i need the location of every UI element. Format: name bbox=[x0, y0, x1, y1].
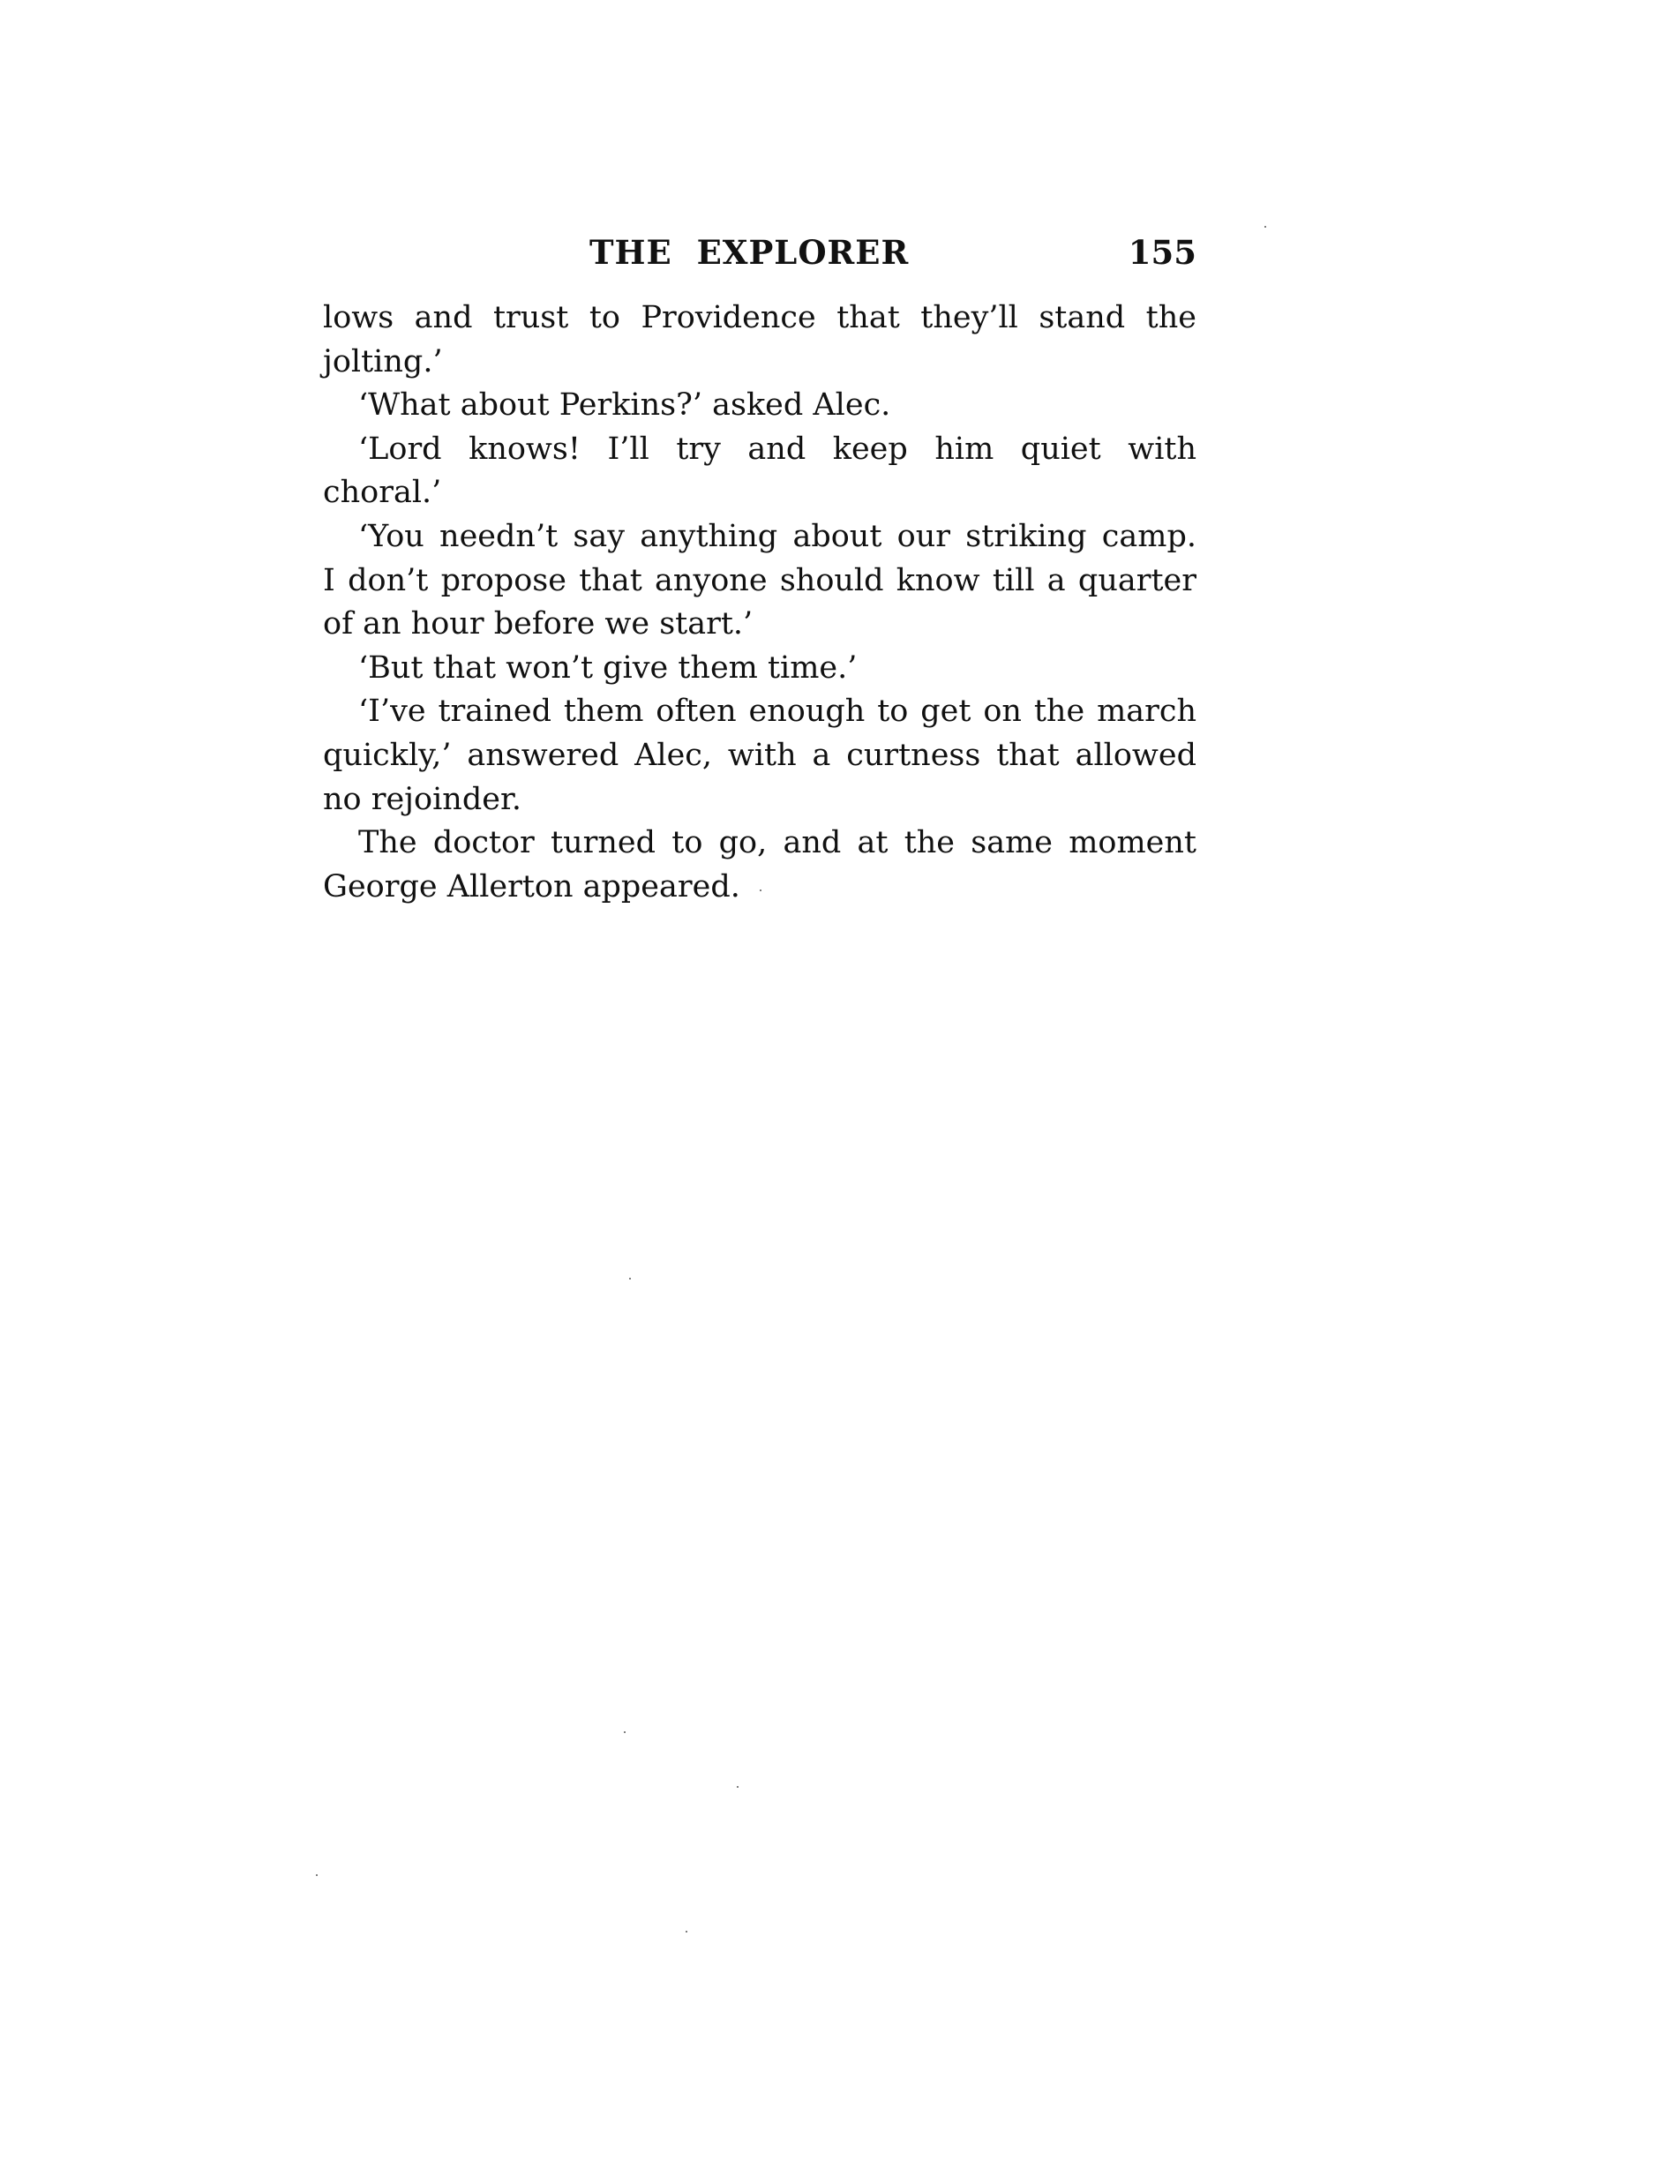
text-line: lows and trust to Providence that they’l… bbox=[323, 296, 1196, 341]
scan-speck bbox=[760, 889, 761, 891]
page-number: 155 bbox=[1129, 228, 1196, 277]
text-line: George Allerton appeared. bbox=[323, 866, 1196, 910]
text-line: ‘Lord knows! I’ll try and keep him quiet… bbox=[323, 428, 1196, 472]
scan-speck bbox=[686, 1931, 687, 1933]
scan-speck bbox=[737, 1786, 739, 1788]
running-title: THE EXPLORER bbox=[589, 228, 909, 277]
scan-speck bbox=[1264, 226, 1266, 228]
scan-speck bbox=[629, 1278, 631, 1280]
scan-speck bbox=[316, 1874, 318, 1876]
text-line: I don’t propose that anyone should know … bbox=[323, 559, 1196, 604]
text-line: of an hour before we start.’ bbox=[323, 603, 1196, 647]
text-line: ‘What about Perkins?’ asked Alec. bbox=[323, 384, 1196, 428]
scan-speck bbox=[624, 1731, 626, 1733]
text-line: quickly,’ answered Alec, with a curtness… bbox=[323, 734, 1196, 778]
text-line: no rejoinder. bbox=[323, 778, 1196, 822]
book-page: THE EXPLORER 155 lows and trust to Provi… bbox=[0, 0, 1680, 2184]
running-head: THE EXPLORER 155 bbox=[323, 228, 1196, 277]
text-line: The doctor turned to go, and at the same… bbox=[323, 822, 1196, 866]
body-text: lows and trust to Providence that they’l… bbox=[323, 296, 1196, 909]
text-line: ‘I’ve trained them often enough to get o… bbox=[323, 690, 1196, 734]
text-line: choral.’ bbox=[323, 471, 1196, 515]
text-line: ‘You needn’t say anything about our stri… bbox=[323, 515, 1196, 559]
text-line: jolting.’ bbox=[323, 341, 1196, 385]
text-line: ‘But that won’t give them time.’ bbox=[323, 647, 1196, 691]
